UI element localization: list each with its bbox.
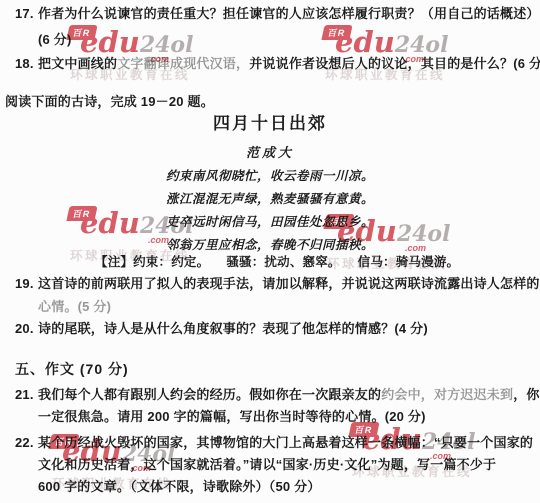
reading-instruction: 阅读下面的古诗，完成 19－20 题。 (5, 94, 214, 109)
poem-line: 吏卒远时闲信马，田园佳处忽思乡。 (0, 214, 540, 229)
poem-title: 四月十日出郊 (0, 116, 540, 131)
question-number: 22. (15, 435, 38, 450)
question-22-line-3: 600 字的文章。（文体不限，诗歌除外）（50 分） (38, 479, 321, 494)
edu24ol-watermark: 百R edu24ol .com 环球职业教育在线 (325, 27, 485, 83)
question-number: 19. (15, 276, 38, 291)
question-text: 诗的尾联，诗人是从什么角度叙事的？表现了他怎样的情感？(4 分) (38, 321, 428, 336)
question-text: 并说说作者设想后人的议论，其目的是什么？(6 分) (249, 56, 540, 71)
question-21-line-1: 21.我们每个人都有跟别人约会的经历。假如你在一次跟亲友的约会中，对方迟迟未到，… (15, 387, 540, 402)
question-text: 把文中画线的 (38, 56, 117, 71)
question-number: 21. (15, 387, 38, 402)
question-21-line-2: 一定很焦急。请用 200 字的篇幅，写出你当时等待的心情。(20 分) (38, 409, 426, 424)
question-text: 这首诗的前两联用了拟人的表现手法，请加以解释，并说说这两联诗流露出诗人怎样的 (38, 276, 540, 291)
question-17-score: (6 分) (38, 32, 72, 47)
section-5-title: 五、作文 (70 分) (15, 362, 129, 377)
question-number: 20. (15, 321, 38, 336)
question-17-line-1: 17.作者为什么说谏官的责任重大？担任谏官的人应该怎样履行职责？（用自己的话概述… (15, 6, 540, 21)
question-text-faded: 文字翻译成现代汉语， (117, 56, 249, 71)
note-saosao: 骚骚：扰动、窸窣。 (226, 255, 340, 269)
question-22-line-2: 文化和历史活着，这个国家就活着。”请以“国家·历史·文化”为题，写一篇不少于 (38, 457, 496, 472)
poem-notes: 【注】约束：约定。骚骚：扰动、窸窣。信马：骑马漫游。 (95, 255, 476, 270)
question-19-line-2: 心情。(5 分) (38, 299, 111, 314)
question-text: 我们每个人都有跟别人约会的经历。假如你在一次跟亲友的 (38, 387, 381, 402)
question-19-line-1: 19.这首诗的前两联用了拟人的表现手法，请加以解释，并说说这两联诗流露出诗人怎样… (15, 276, 540, 291)
question-22-line-1: 22.某个历经战火毁坏的国家，其博物馆的大门上高悬着这样一条横幅：“只要一个国家… (15, 435, 533, 450)
poem-line: 邻翁万里应相念，春晚不归同插秧。 (0, 237, 540, 252)
question-text-faded: 约会中，对方迟迟未到 (381, 387, 513, 402)
edu24ol-watermark: 百R edu24ol .com 环球职业教育在线 (70, 27, 230, 83)
poem-line: 约束南风彻晓忙，收云卷雨一川凉。 (0, 168, 540, 183)
poem-line: 涨江混混无声绿，熟麦骚骚有意黄。 (0, 191, 540, 206)
note-xinma: 信马：骑马漫游。 (358, 255, 460, 269)
question-20-line-1: 20.诗的尾联，诗人是从什么角度叙事的？表现了他怎样的情感？(4 分) (15, 321, 428, 336)
huanqiu-badge-logo: 百R (321, 25, 352, 40)
question-text: ，你 (513, 387, 539, 402)
question-number: 18. (15, 56, 38, 71)
note-yueshu: 【注】约束：约定。 (95, 255, 209, 269)
exam-paper-page: 百R edu24ol .com 环球职业教育在线 百R edu24ol .com… (0, 0, 540, 503)
question-text: 作者为什么说谏官的责任重大？担任谏官的人应该怎样履行职责？（用自己的话概述） (38, 6, 540, 21)
question-number: 17. (15, 6, 38, 21)
question-text: 某个历经战火毁坏的国家，其博物馆的大门上高悬着这样一条横幅：“只要一个国家的 (38, 435, 533, 450)
poem-author: 范成大 (0, 146, 540, 161)
question-18-line-1: 18.把文中画线的文字翻译成现代汉语，并说说作者设想后人的议论，其目的是什么？(… (15, 56, 540, 71)
